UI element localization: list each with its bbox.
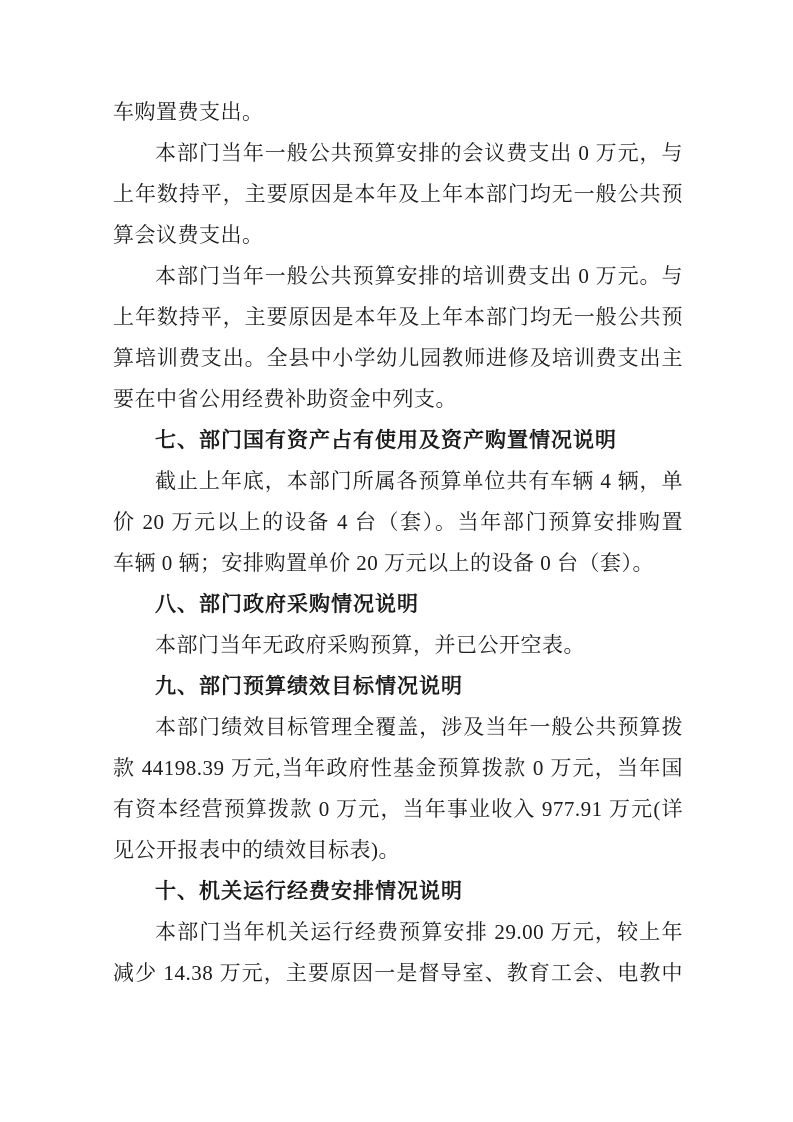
section-heading: 七、部门国有资产占有使用及资产购置情况说明 bbox=[113, 420, 683, 461]
text-line: 算会议费支出。 bbox=[113, 215, 683, 256]
text-line: 算培训费支出。全县中小学幼儿园教师进修及培训费支出主 bbox=[113, 338, 683, 379]
text-line: 上年数持平，主要原因是本年及上年本部门均无一般公共预 bbox=[113, 297, 683, 338]
text-line: 见公开报表中的绩效目标表)。 bbox=[113, 830, 683, 871]
text-line: 款 44198.39 万元,当年政府性基金预算拨款 0 万元，当年国 bbox=[113, 748, 683, 789]
section-heading: 九、部门预算绩效目标情况说明 bbox=[113, 666, 683, 707]
text-line: 价 20 万元以上的设备 4 台（套）。当年部门预算安排购置 bbox=[113, 502, 683, 543]
text-line: 上年数持平，主要原因是本年及上年本部门均无一般公共预 bbox=[113, 174, 683, 215]
text-line: 减少 14.38 万元，主要原因一是督导室、教育工会、电教中 bbox=[113, 953, 683, 994]
text-line: 截止上年底，本部门所属各预算单位共有车辆 4 辆，单 bbox=[113, 461, 683, 502]
text-line: 本部门当年一般公共预算安排的会议费支出 0 万元，与 bbox=[113, 133, 683, 174]
document-page: 车购置费支出。 本部门当年一般公共预算安排的会议费支出 0 万元，与 上年数持平… bbox=[0, 0, 793, 1122]
section-heading: 十、机关运行经费安排情况说明 bbox=[113, 871, 683, 912]
text-line: 要在中省公用经费补助资金中列支。 bbox=[113, 379, 683, 420]
text-line: 本部门绩效目标管理全覆盖，涉及当年一般公共预算拨 bbox=[113, 707, 683, 748]
text-line: 车购置费支出。 bbox=[113, 92, 683, 133]
text-line: 本部门当年一般公共预算安排的培训费支出 0 万元。与 bbox=[113, 256, 683, 297]
text-line: 有资本经营预算拨款 0 万元，当年事业收入 977.91 万元(详 bbox=[113, 789, 683, 830]
text-line: 本部门当年无政府采购预算，并已公开空表。 bbox=[113, 625, 683, 666]
text-line: 本部门当年机关运行经费预算安排 29.00 万元，较上年 bbox=[113, 912, 683, 953]
text-line: 车辆 0 辆；安排购置单价 20 万元以上的设备 0 台（套）。 bbox=[113, 543, 683, 584]
section-heading: 八、部门政府采购情况说明 bbox=[113, 584, 683, 625]
